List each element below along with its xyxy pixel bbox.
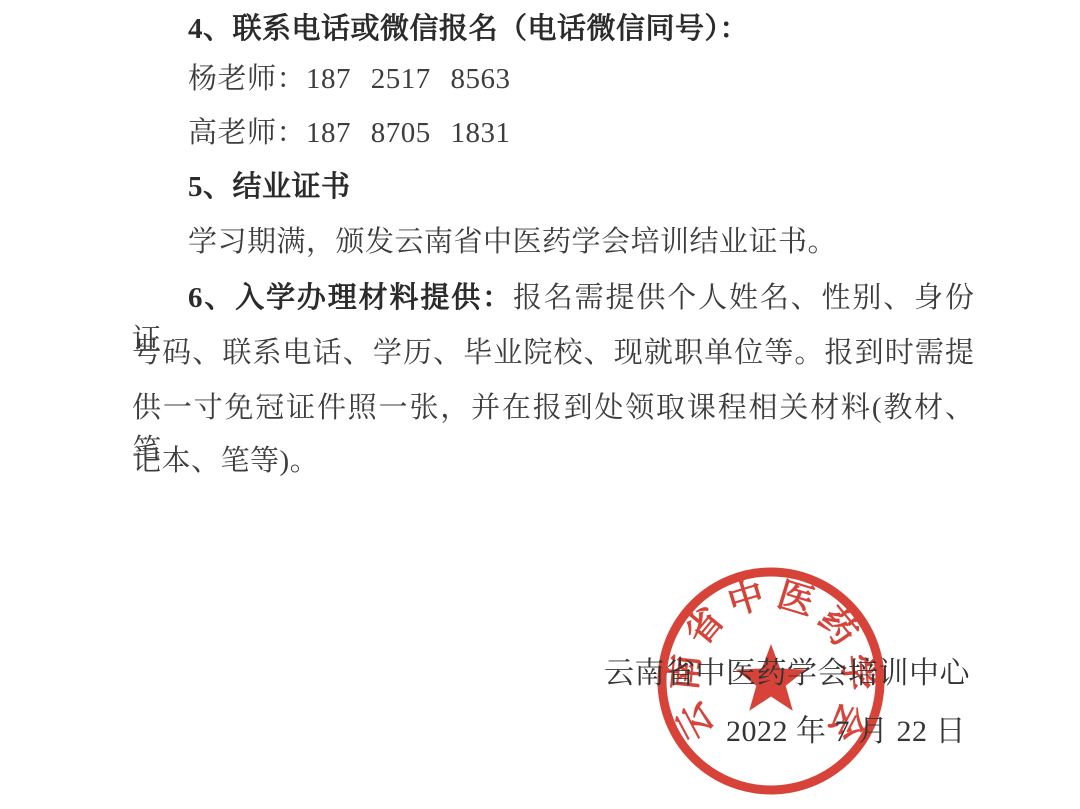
materials-text-part4: 记本、笔等)。 (132, 440, 975, 482)
materials-text-part2: 号码、联系电话、学历、毕业院校、现就职单位等。报到时需提 (132, 332, 975, 374)
heading-item-6-label: 6、入学办理材料提供： (188, 282, 513, 314)
phone-line-gao: 高老师：187 8705 1831 (132, 112, 1031, 154)
document-page: 4、联系电话或微信报名（电话微信同号）： 杨老师：187 2517 8563 高… (0, 0, 1080, 809)
certificate-line: 学习期满，颁发云南省中医药学会培训结业证书。 (132, 221, 1031, 263)
heading-item-5: 5、结业证书 (132, 166, 1031, 208)
signature-org: 云南省中医药学会培训中心 (604, 648, 970, 692)
signature-date: 2022 年 7 月 22 日 (726, 706, 966, 750)
heading-item-4: 4、联系电话或微信报名（电话微信同号）： (132, 8, 1031, 50)
phone-line-yang: 杨老师：187 2517 8563 (132, 58, 1031, 100)
